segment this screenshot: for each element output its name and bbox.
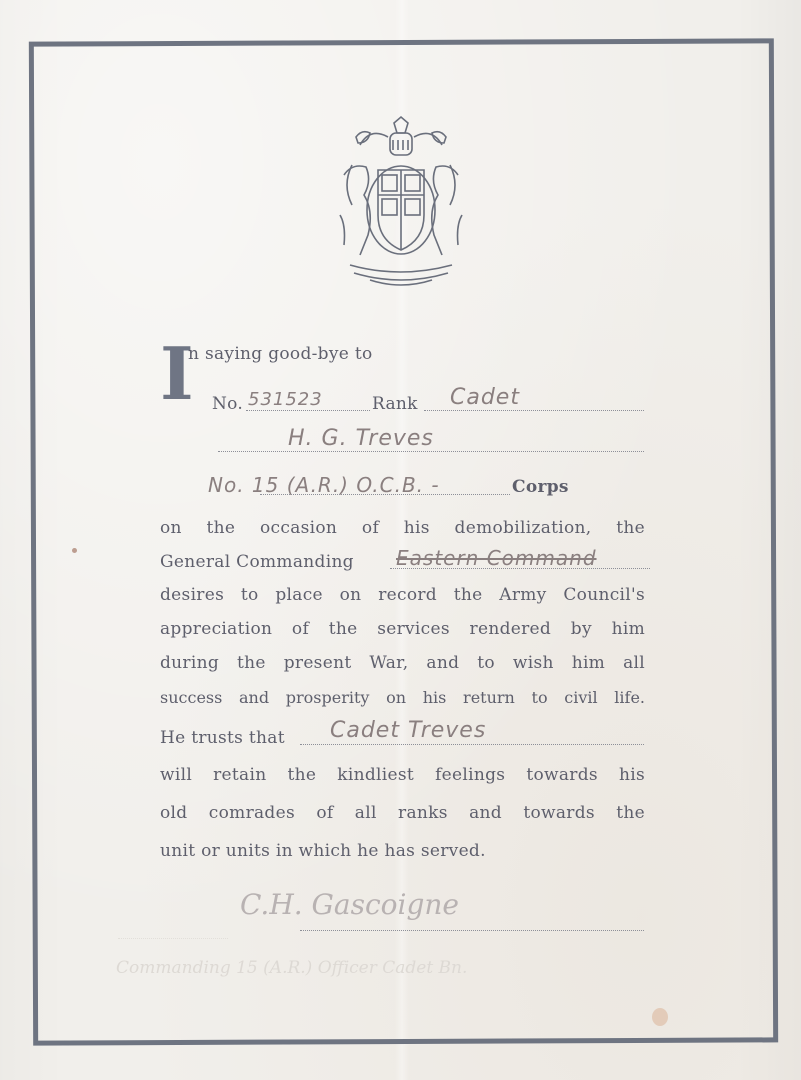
corps-dotted-line	[260, 494, 510, 495]
body-line-4: appreciation of the services rendered by…	[160, 619, 645, 639]
number-label: No.	[212, 394, 243, 414]
name-dotted-line	[218, 451, 644, 452]
service-number-dotted-line	[246, 410, 370, 411]
body-line-8: will retain the kindliest feelings towar…	[160, 765, 645, 785]
rank-label: Rank	[372, 394, 418, 414]
trusts-name-field: Cadet Treves	[330, 718, 486, 743]
name-field: H. G. Treves	[288, 426, 434, 451]
rank-field: Cadet	[450, 385, 520, 410]
signature-dotted-line-left	[118, 938, 228, 939]
body-line-9: old comrades of all ranks and towards th…	[160, 803, 645, 823]
he-trusts-label: He trusts that	[160, 728, 285, 748]
body-line-6: success and prosperity on his return to …	[160, 688, 645, 707]
general-commanding-label: General Commanding	[160, 552, 354, 572]
signature-dotted-line	[300, 930, 644, 931]
body-line-1: on the occasion of his demobilization, t…	[160, 518, 645, 538]
royal-coat-of-arms-icon	[330, 115, 472, 290]
body-line-10: unit or units in which he has served.	[160, 841, 486, 861]
trusts-dotted-line	[300, 744, 644, 745]
body-line-3: desires to place on record the Army Coun…	[160, 585, 645, 605]
opening-text: n saying good-bye to	[188, 344, 372, 364]
body-line-5: during the present War, and to wish him …	[160, 653, 645, 673]
command-dotted-line	[390, 568, 650, 569]
signatory-title: Commanding 15 (A.R.) Officer Cadet Bn.	[116, 958, 467, 978]
rank-dotted-line	[424, 410, 644, 411]
corps-label: Corps	[512, 477, 569, 497]
command-field: Eastern Command	[396, 546, 597, 570]
service-number-field: 531523	[248, 389, 323, 410]
signature: C.H. Gascoigne	[240, 888, 459, 921]
